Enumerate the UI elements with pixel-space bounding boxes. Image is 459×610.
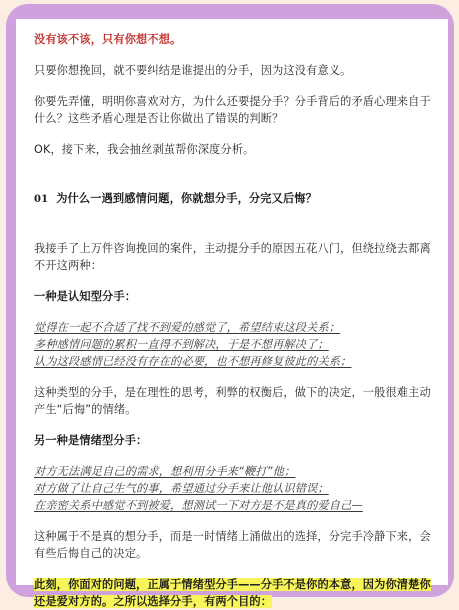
- paragraph-2-line-1: 你要先弄懂，明明你喜欢对方，为什么还要提分手？分手背后的矛盾心理来自于: [34, 93, 434, 110]
- type2-reason: 对方做了让自己生气的事，希望通过分手来让他认识错误；: [34, 480, 434, 497]
- type2-reason: 在亲密关系中感觉不到被爱，想测试一下对方是不是真的爱自己—: [34, 497, 434, 514]
- paragraph-3: OK，接下来，我会抽丝剥茧帮你深度分析。: [34, 141, 434, 158]
- type2-summary: 这种属于不是真的想分手，而是一时情绪上涌做出的选择，分完手冷静下来，会 有些后悔…: [34, 528, 434, 562]
- headline: 没有该不该，只有你想不想。: [34, 31, 434, 48]
- type1-reason: 认为这段感情已经没有存在的必要，也不想再修复彼此的关系；: [34, 353, 434, 370]
- section-number: 01: [34, 194, 48, 205]
- type2-reasons: 对方无法满足自己的需求，想利用分手来“鞭打”他； 对方做了让自己生气的事，希望通…: [34, 463, 434, 514]
- conclusion-highlight: 此刻，你面对的问题，正属于情绪型分手——分手不是你的本意，因为你清楚你 还是爱对…: [34, 576, 434, 600]
- type1-heading: 一种是认知型分手：: [34, 288, 434, 305]
- paragraph-2-line-2: 什么？这些矛盾心理是否让你做出了错误的判断？: [34, 110, 434, 127]
- type1-reason: 觉得在一起不合适了找不到爱的感觉了，希望结束这段关系；: [34, 319, 434, 336]
- type2-heading: 另一种是情绪型分手：: [34, 432, 434, 449]
- type1-reasons: 觉得在一起不合适了找不到爱的感觉了，希望结束这段关系； 多种感情问题的累积一直得…: [34, 319, 434, 370]
- conclusion-line-1: 此刻，你面对的问题，正属于情绪型分手——分手不是你的本意，因为你清楚你: [34, 578, 431, 591]
- type2-summary-line-2: 有些后悔自己的决定。: [34, 545, 434, 562]
- section-heading: 01为什么一遇到感情问题，你就想分手，分完又后悔？: [34, 190, 434, 208]
- paragraph-4-line-2: 不开这两种：: [34, 257, 434, 274]
- paragraph-4-line-1: 我接手了上万件咨询挽回的案件，主动提分手的原因五花八门，但绕拉绕去都离: [34, 240, 434, 257]
- paragraph-2: 你要先弄懂，明明你喜欢对方，为什么还要提分手？分手背后的矛盾心理来自于 什么？这…: [34, 93, 434, 127]
- article-content: 没有该不该，只有你想不想。 只要你想挽回，就不要纠结是谁提出的分手，因为这没有意…: [34, 31, 434, 600]
- paragraph-4: 我接手了上万件咨询挽回的案件，主动提分手的原因五花八门，但绕拉绕去都离 不开这两…: [34, 240, 434, 274]
- type2-summary-line-1: 这种属于不是真的想分手，而是一时情绪上涌做出的选择，分完手冷静下来，会: [34, 528, 434, 545]
- paragraph-1: 只要你想挽回，就不要纠结是谁提出的分手，因为这没有意义。: [34, 62, 434, 79]
- section-title: 为什么一遇到感情问题，你就想分手，分完又后悔？: [56, 192, 317, 205]
- type1-reason: 多种感情问题的累积一直得不到解决，于是不想再解决了；: [34, 336, 434, 353]
- type1-summary-line-1: 这种类型的分手，是在理性的思考，利弊的权衡后，做下的决定，一般很难主动: [34, 384, 434, 401]
- type1-summary-line-2: 产生“后悔”的情绪。: [34, 401, 434, 418]
- type1-summary: 这种类型的分手，是在理性的思考，利弊的权衡后，做下的决定，一般很难主动 产生“后…: [34, 384, 434, 418]
- conclusion-line-2: 还是爱对方的。之所以选择分手，有两个目的：: [34, 595, 272, 600]
- type2-reason: 对方无法满足自己的需求，想利用分手来“鞭打”他；: [34, 463, 434, 480]
